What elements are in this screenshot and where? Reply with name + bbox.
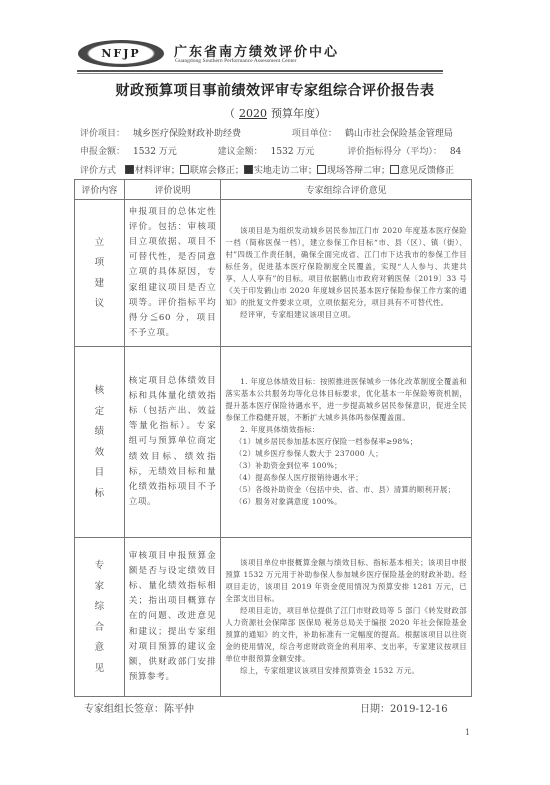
date-value: 2019-12-16	[390, 704, 448, 715]
suggested-label: 建议金额：	[218, 147, 263, 157]
info-row-project: 评价项目：城乡医疗保险财政补助经费 项目单位：鹤山市社会保险基金管理局	[80, 126, 453, 139]
checkbox-empty-icon	[317, 165, 326, 174]
signature-name: 陈平仲	[164, 704, 194, 715]
method-label: 评价方式	[80, 166, 116, 176]
document-title: 财政预算项目事前绩效评审专家组综合评价报告表	[0, 80, 550, 100]
category-project-approval: 立 项 建 议	[75, 200, 125, 347]
description-cell: 审核项目申报预算金额是否与设定绩效目标、量化绩效指标相关；指出项目概算存在的问题…	[124, 538, 221, 697]
score-label: 评价指标得分（平均）：	[347, 147, 442, 157]
header-rule	[77, 70, 443, 72]
header-rule-thin	[77, 73, 443, 74]
checkbox-empty-icon	[390, 165, 399, 174]
org-name-en: Guangdong Southern Performance Assessmen…	[175, 58, 296, 64]
method-joint-meeting: 联席会修正；	[180, 166, 244, 176]
suggested-value: 1532 万元	[271, 147, 315, 157]
header-opinion: 专家组综合评价意见	[221, 180, 472, 200]
method-material-review: 材料评审；	[125, 166, 180, 176]
unit-label: 项目单位：	[292, 129, 337, 139]
checkbox-empty-icon	[180, 165, 189, 174]
budget-year-line: （2020预算年度）	[0, 105, 550, 121]
signature-line: 专家组组长签章：陈平仲	[84, 700, 194, 715]
table-header-row: 评价内容 评价说明 专家组综合评价意见	[75, 180, 472, 200]
logo-text: NFJP	[101, 47, 140, 60]
category-performance-targets: 核 定 绩 效 目 标	[75, 347, 125, 538]
header-content: 评价内容	[75, 180, 125, 200]
info-row-methods: 评价方式 材料评审；联席会修正；实地走访二审；现场答辩二审；意见反馈修正	[80, 163, 454, 176]
page-number: 1	[465, 728, 470, 737]
opinion-cell: 该项目单位申报概算金额与绩效目标、指标基本相关；该项目申报预算 1532 万元用…	[221, 538, 472, 697]
method-site-visit: 实地走访二审；	[244, 166, 317, 176]
declared-label: 申报金额：	[80, 147, 125, 157]
description-cell: 申报项目的总体定性评价。包括：审核项目立项依据、项目不可替代性，是否同意立项的具…	[124, 200, 221, 347]
nfjp-logo: NFJP	[78, 40, 164, 67]
table-row: 立 项 建 议 申报项目的总体定性评价。包括：审核项目立项依据、项目不可替代性，…	[75, 200, 472, 347]
date-label: 日期：	[360, 704, 390, 715]
checkbox-checked-icon	[125, 165, 134, 174]
table-row: 核 定 绩 效 目 标 核定项目总体绩效目标和具体量化绩效指标（包括产出、效益等…	[75, 347, 472, 538]
year-suffix: 预算年度）	[271, 107, 326, 120]
score-value: 84	[450, 147, 461, 157]
table-row: 专 家 综 合 意 见 审核项目申报预算金额是否与设定绩效目标、量化绩效指标相关…	[75, 538, 472, 697]
header-description: 评价说明	[124, 180, 221, 200]
project-value: 城乡医疗保险财政补助经费	[133, 129, 241, 139]
unit-value: 鹤山市社会保险基金管理局	[345, 129, 453, 139]
info-row-amounts: 申报金额：1532 万元 建议金额：1532 万元 评价指标得分（平均）：84	[80, 144, 461, 157]
date-line: 日期：2019-12-16	[360, 700, 448, 715]
project-label: 评价项目：	[80, 129, 125, 139]
year-open-paren: （	[224, 107, 235, 120]
method-onsite-defense: 现场答辩二审；	[317, 166, 390, 176]
description-cell: 核定项目总体绩效目标和具体量化绩效指标（包括产出、效益等量化指标）。专家组可与预…	[124, 347, 221, 538]
signature-label: 专家组组长签章：	[84, 704, 164, 715]
method-feedback: 意见反馈修正	[390, 166, 454, 176]
evaluation-table: 评价内容 评价说明 专家组综合评价意见 立 项 建 议 申报项目的总体定性评价。…	[74, 179, 472, 697]
opinion-cell: 该项目是为组织发动城乡居民参加江门市 2020 年度基本医疗保险一档（简称医保一…	[221, 200, 472, 347]
category-expert-opinion: 专 家 综 合 意 见	[75, 538, 125, 697]
checkbox-checked-icon	[244, 165, 253, 174]
budget-year: 2020	[235, 107, 271, 120]
declared-value: 1532 万元	[133, 147, 177, 157]
opinion-cell: 1. 年度总体绩效目标：按照推进医保城乡一体化改革制度全覆盖和落实基本公共服务均…	[221, 347, 472, 538]
